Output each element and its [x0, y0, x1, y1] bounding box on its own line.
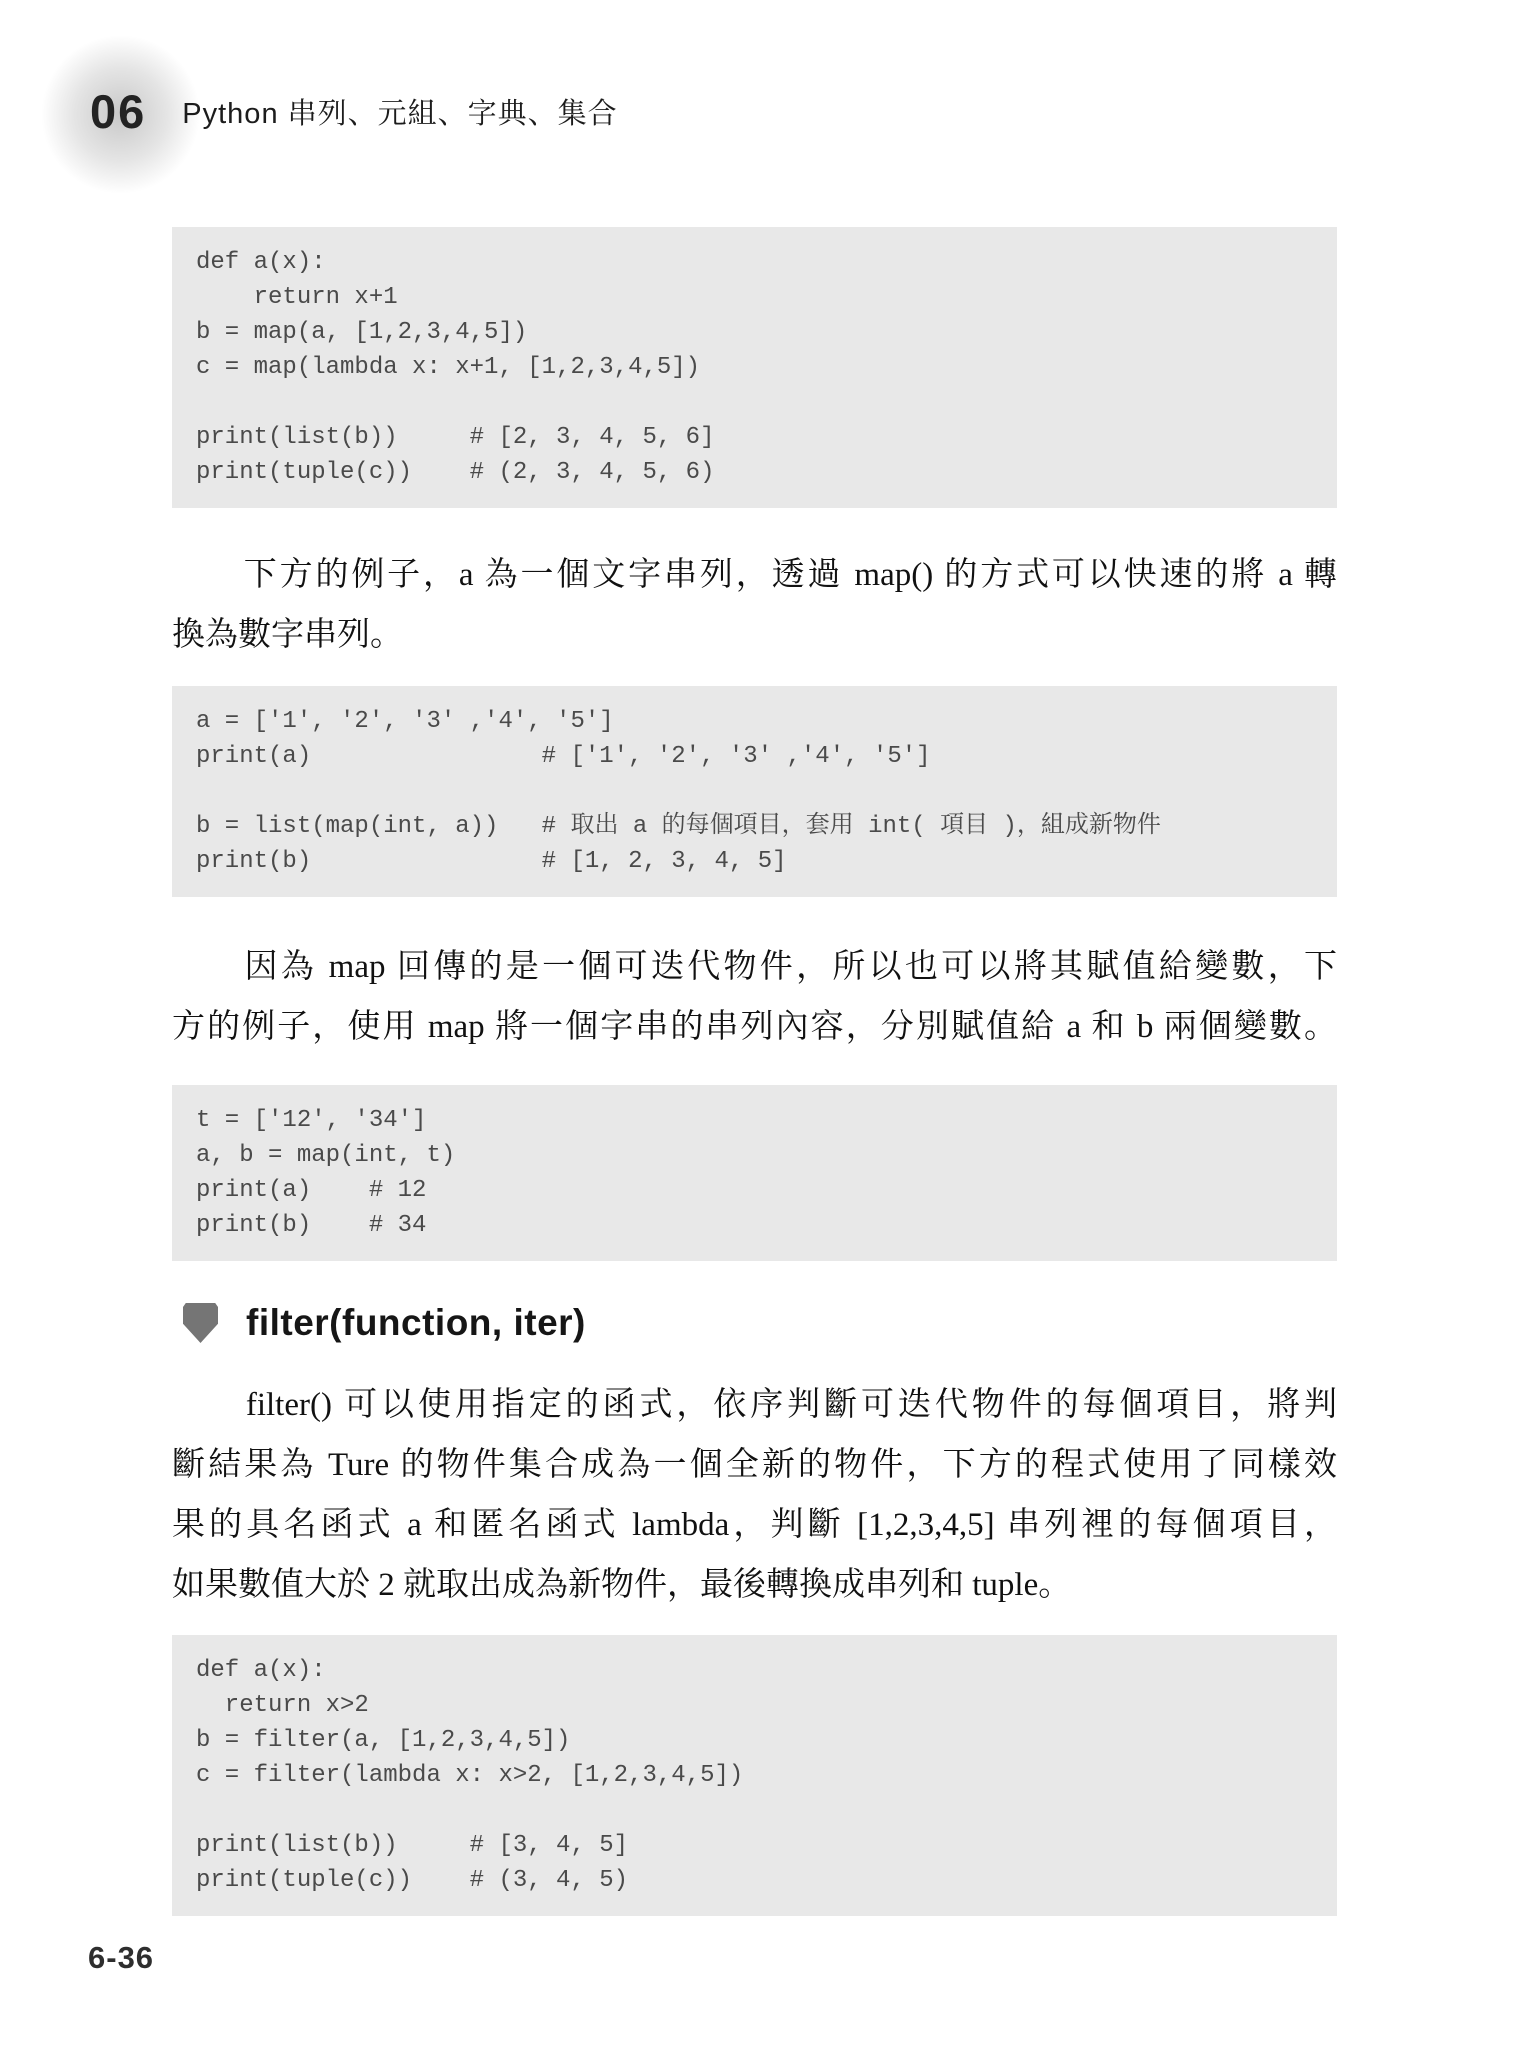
page-number: 6-36 [88, 1940, 154, 1976]
paragraph-line: 換為數字串列。 [172, 605, 1337, 665]
code-line: print(b) # [1, 2, 3, 4, 5] [196, 844, 1313, 879]
paragraph-line: filter() 可以使用指定的函式，依序判斷可迭代物件的每個項目，將判 [172, 1375, 1337, 1435]
section-heading-label: filter(function, iter) [246, 1302, 586, 1344]
chapter-title: Python 串列、元組、字典、集合 [182, 91, 617, 132]
code-line: b = list(map(int, a)) # 取出 a 的每個項目，套用 in… [196, 809, 1313, 844]
code-line: print(b) # 34 [196, 1208, 1313, 1243]
code-line: print(a) # ['1', '2', '3' ,'4', '5'] [196, 739, 1313, 774]
code-line: def a(x): [196, 1653, 1313, 1688]
paragraph-line: 因為 map 回傳的是一個可迭代物件，所以也可以將其賦值給變數，下 [172, 937, 1337, 997]
code-line: a, b = map(int, t) [196, 1138, 1313, 1173]
code-line: def a(x): [196, 245, 1313, 280]
code-block-map-unpack-example: t = ['12', '34']a, b = map(int, t)print(… [172, 1085, 1337, 1261]
code-block-filter-example: def a(x): return x>2b = filter(a, [1,2,3… [172, 1635, 1337, 1916]
section-heading-filter: filter(function, iter) [172, 1301, 1337, 1345]
code-line: b = map(a, [1,2,3,4,5]) [196, 315, 1313, 350]
code-line: a = ['1', '2', '3' ,'4', '5'] [196, 704, 1313, 739]
code-line: print(a) # 12 [196, 1173, 1313, 1208]
pentagon-bullet-icon [183, 1303, 218, 1343]
book-page: 06 Python 串列、元組、字典、集合 def a(x): return x… [0, 0, 1514, 2048]
chapter-number: 06 [90, 85, 146, 138]
code-line [196, 1793, 1313, 1828]
code-line: return x+1 [196, 280, 1313, 315]
code-line: print(tuple(c)) # (2, 3, 4, 5, 6) [196, 455, 1313, 490]
chapter-number-badge: 06 [90, 88, 146, 135]
page-content: def a(x): return x+1b = map(a, [1,2,3,4,… [172, 0, 1337, 1916]
code-line: print(list(b)) # [3, 4, 5] [196, 1828, 1313, 1863]
code-line: print(list(b)) # [2, 3, 4, 5, 6] [196, 420, 1313, 455]
paragraph-line: 如果數值大於 2 就取出成為新物件，最後轉換成串列和 tuple。 [172, 1555, 1337, 1615]
code-line: return x>2 [196, 1688, 1313, 1723]
code-line [196, 774, 1313, 809]
code-line [196, 385, 1313, 420]
chapter-header: 06 Python 串列、元組、字典、集合 [90, 88, 618, 135]
code-block-map-named-lambda: def a(x): return x+1b = map(a, [1,2,3,4,… [172, 227, 1337, 508]
paragraph-filter-description: filter() 可以使用指定的函式，依序判斷可迭代物件的每個項目，將判斷結果為… [172, 1375, 1337, 1615]
code-line: c = map(lambda x: x+1, [1,2,3,4,5]) [196, 350, 1313, 385]
paragraph-map-unpack: 因為 map 回傳的是一個可迭代物件，所以也可以將其賦值給變數，下方的例子，使用… [172, 937, 1337, 1057]
code-line: print(tuple(c)) # (3, 4, 5) [196, 1863, 1313, 1898]
paragraph-map-string-list: 下方的例子，a 為一個文字串列，透過 map() 的方式可以快速的將 a 轉換為… [172, 545, 1337, 665]
code-line: c = filter(lambda x: x>2, [1,2,3,4,5]) [196, 1758, 1313, 1793]
paragraph-line: 果的具名函式 a 和匿名函式 lambda，判斷 [1,2,3,4,5] 串列裡… [172, 1495, 1337, 1555]
paragraph-line: 斷結果為 Ture 的物件集合成為一個全新的物件，下方的程式使用了同樣效 [172, 1435, 1337, 1495]
code-block-map-str-to-int: a = ['1', '2', '3' ,'4', '5']print(a) # … [172, 686, 1337, 897]
code-line: b = filter(a, [1,2,3,4,5]) [196, 1723, 1313, 1758]
code-line: t = ['12', '34'] [196, 1103, 1313, 1138]
paragraph-line: 下方的例子，a 為一個文字串列，透過 map() 的方式可以快速的將 a 轉 [172, 545, 1337, 605]
paragraph-line: 方的例子，使用 map 將一個字串的串列內容，分別賦值給 a 和 b 兩個變數。 [172, 997, 1337, 1057]
